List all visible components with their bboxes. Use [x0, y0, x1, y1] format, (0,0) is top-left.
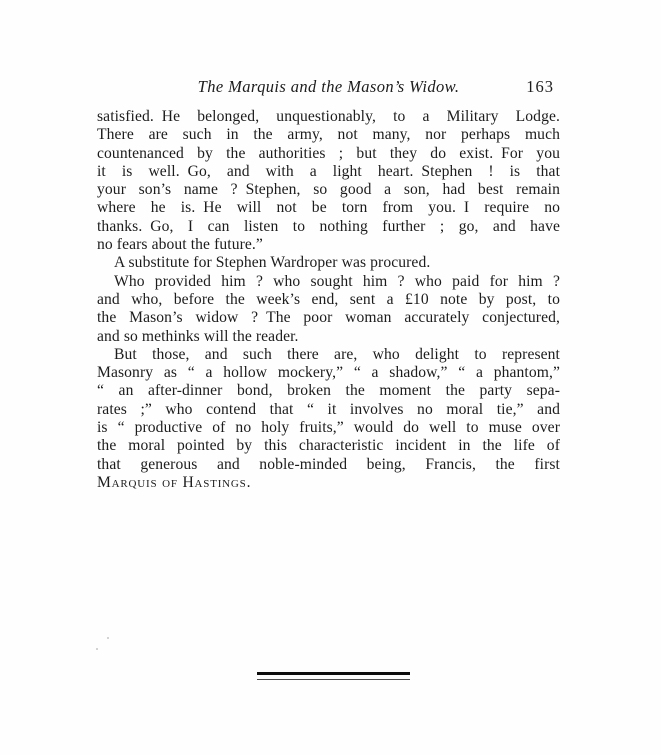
text-line: the Mason’s widow ? The poor woman accur… [97, 309, 560, 327]
running-header-title: The Marquis and the Mason’s Widow. [97, 77, 560, 97]
text-line: Masonry as “ a hollow mockery,” “ a shad… [97, 364, 560, 382]
rule-thin [257, 679, 410, 680]
text-line: and so methinks will the reader. [97, 328, 560, 346]
text-line: is “ productive of no holy fruits,” woul… [97, 419, 560, 437]
book-page: The Marquis and the Mason’s Widow. 163 s… [0, 0, 661, 755]
text-line: rates ;” who contend that “ it involves … [97, 401, 560, 419]
text-line: where he is. He will not be torn from yo… [97, 199, 560, 217]
section-end-rule [257, 672, 410, 680]
running-header: The Marquis and the Mason’s Widow. 163 [97, 77, 560, 97]
text-line: it is well. Go, and with a light heart. … [97, 163, 560, 181]
text-line: the moral pointed by this characteristic… [97, 437, 560, 455]
text-line: Who provided him ? who sought him ? who … [97, 273, 560, 291]
body-text: satisfied. He belonged, unquestionably, … [97, 108, 560, 492]
text-line: A substitute for Stephen Wardroper was p… [97, 254, 560, 272]
text-line: your son’s name ? Stephen, so good a son… [97, 181, 560, 199]
text-line: satisfied. He belonged, unquestionably, … [97, 108, 560, 126]
text-line: thanks. Go, I can listen to nothing furt… [97, 218, 560, 236]
text-line: But those, and such there are, who delig… [97, 346, 560, 364]
rule-thick [257, 672, 410, 675]
text-line: and who, before the week’s end, sent a £… [97, 291, 560, 309]
text-line: countenanced by the authorities ; but th… [97, 145, 560, 163]
scan-speck [107, 637, 109, 639]
scan-speck [96, 648, 98, 650]
text-line: that generous and noble-minded being, Fr… [97, 456, 560, 474]
page-number: 163 [526, 77, 554, 97]
text-line-smallcaps: Marquis of Hastings. [97, 474, 560, 492]
text-line: There are such in the army, not many, no… [97, 126, 560, 144]
text-line: no fears about the future.” [97, 236, 560, 254]
text-line: “ an after-dinner bond, broken the momen… [97, 382, 560, 400]
